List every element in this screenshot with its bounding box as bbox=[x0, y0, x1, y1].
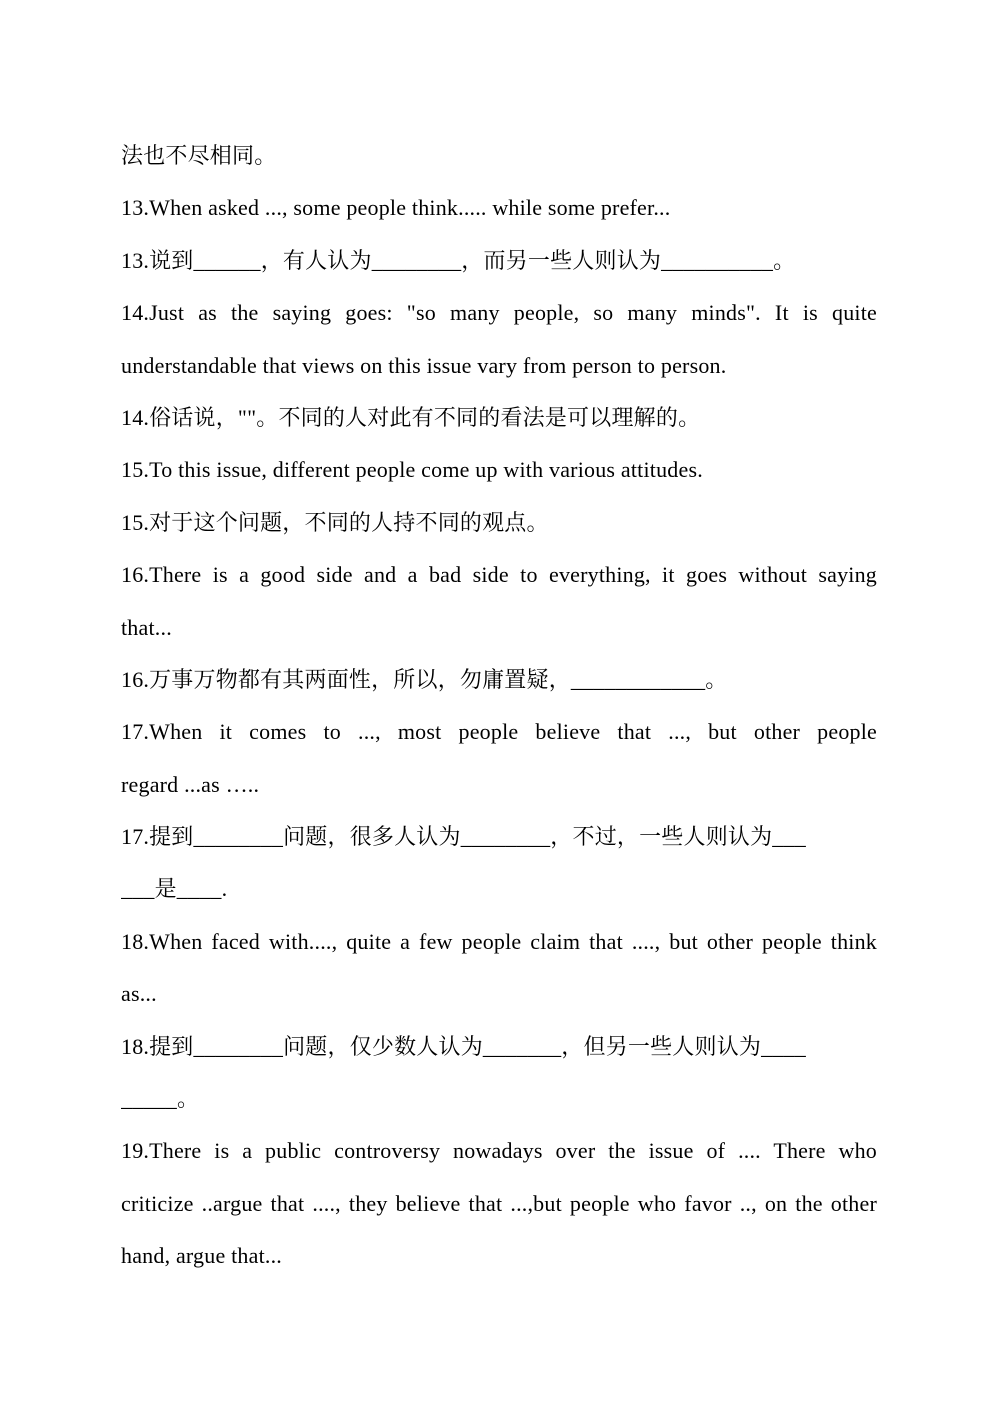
text-line: 17.When it comes to ..., most people bel… bbox=[121, 706, 877, 758]
text-line: _____。 bbox=[121, 1073, 877, 1125]
text-line: 15.对于这个问题，不同的人持不同的观点。 bbox=[121, 497, 877, 549]
text-line: 15.To this issue, different people come … bbox=[121, 444, 877, 496]
text-line: that... bbox=[121, 602, 877, 654]
text-line: 18.提到________问题，仅少数人认为_______，但另一些人则认为__… bbox=[121, 1021, 877, 1073]
text-line: understandable that views on this issue … bbox=[121, 340, 877, 392]
text-line: 14.Just as the saying goes: "so many peo… bbox=[121, 287, 877, 339]
text-line: ___是____. bbox=[121, 863, 877, 915]
document-page: 法也不尽相同。 13.When asked ..., some people t… bbox=[121, 130, 877, 1283]
text-line: 13.When asked ..., some people think....… bbox=[121, 182, 877, 234]
text-line: 14.俗话说，""。不同的人对此有不同的看法是可以理解的。 bbox=[121, 392, 877, 444]
text-line: hand, argue that... bbox=[121, 1230, 877, 1282]
text-line: 法也不尽相同。 bbox=[121, 130, 877, 182]
text-line: 17.提到________问题，很多人认为________，不过，一些人则认为_… bbox=[121, 811, 877, 863]
text-line: regard ...as ….. bbox=[121, 759, 877, 811]
text-line: 13.说到______，有人认为________，而另一些人则认为_______… bbox=[121, 235, 877, 287]
text-line: 18.When faced with...., quite a few peop… bbox=[121, 916, 877, 968]
text-line: 16.There is a good side and a bad side t… bbox=[121, 549, 877, 601]
text-line: as... bbox=[121, 968, 877, 1020]
text-line: 19.There is a public controversy nowaday… bbox=[121, 1125, 877, 1177]
text-line: 16.万事万物都有其两面性，所以，勿庸置疑，____________。 bbox=[121, 654, 877, 706]
text-line: criticize ..argue that ...., they believ… bbox=[121, 1178, 877, 1230]
